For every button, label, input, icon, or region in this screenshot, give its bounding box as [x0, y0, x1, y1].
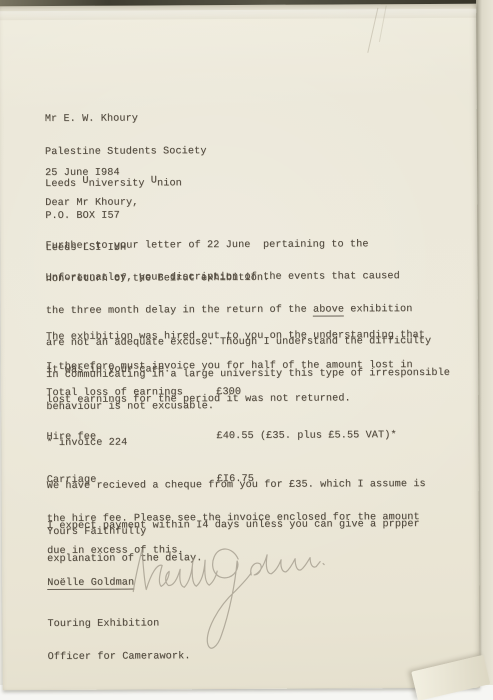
letter-date: 25 June I984 — [45, 169, 120, 180]
recipient-org-line: Leeds University Union — [45, 179, 207, 191]
scanned-letter-scene: Mr E. W. Khoury Palestine Students Socie… — [0, 0, 493, 700]
letter-paper: Mr E. W. Khoury Palestine Students Socie… — [0, 4, 480, 690]
salutation: Dear Mr Khoury, — [45, 199, 138, 210]
address-text: niversity — [89, 178, 151, 189]
handwritten-signature-ink — [117, 542, 338, 668]
address-text: nion — [157, 178, 182, 189]
charge-value: £40.55 (£35. plus £5.55 VAT)* — [216, 431, 396, 443]
letter-line: We have recieved a cheque from you for £… — [47, 480, 426, 493]
raised-letter: U — [151, 176, 157, 187]
letter-content: Mr E. W. Khoury Palestine Students Socie… — [0, 4, 480, 690]
charge-value: £300 — [216, 388, 241, 399]
address-text: Leeds — [45, 178, 82, 189]
closing: Yours Fäithfully — [47, 527, 146, 538]
recipient-name: Mr E. W. Khoury — [45, 115, 207, 127]
recipient-org: Palestine Students Society — [45, 147, 207, 159]
invoice-footnote: * invoice 224 — [46, 439, 127, 450]
charge-label: Total loss of earnings — [46, 389, 216, 401]
charge-row: Total loss of earnings £300 — [46, 388, 396, 401]
letter-line: Unfortunatley, your discription of the e… — [46, 272, 450, 285]
